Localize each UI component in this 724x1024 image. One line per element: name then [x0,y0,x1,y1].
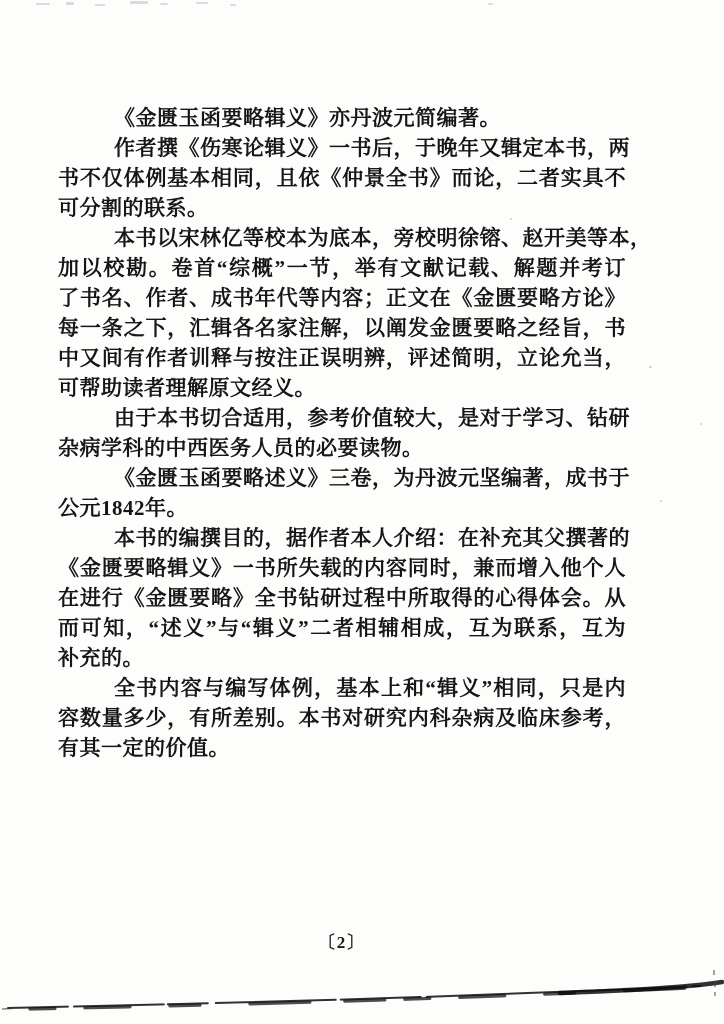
text-line-10: 可帮助读者理解原文经义。 [58,374,626,404]
page-number: 〔2〕 [58,928,626,953]
scan-speck [488,3,493,5]
text-line-3: 书不仅体例基本相同，且依《仲景全书》而论，二者实具不 [58,164,626,194]
scan-speck [196,2,208,4]
text-line-7: 了书名、作者、成书年代等内容；正文在《金匮要略方论》 [58,284,626,314]
scan-dust-dot [700,423,702,425]
text-line-2: 作者撰《伤寒论辑义》一书后，于晚年又辑定本书，两 [58,134,626,164]
scan-speck [36,3,50,5]
scan-speck [130,1,148,4]
text-line-16: 《金匮要略辑义》一书所失载的内容同时，兼而增入他个人 [58,554,626,584]
text-line-22: 有其一定的价值。 [58,734,626,764]
text-line-4: 可分割的联系。 [58,194,626,224]
scan-speck [95,4,105,6]
text-line-20: 全书内容与编写体例，基本上和“辑义”相同，只是内 [58,674,626,704]
text-line-5: 本书以宋林亿等校本为底本，旁校明徐镕、赵开美等本， [58,224,626,254]
scan-dust-dot [660,500,662,502]
text-line-14: 公元1842年。 [58,494,626,524]
text-line-18: 而可知，“述义”与“辑义”二者相辅相成，互为联系，互为 [58,614,626,644]
text-line-12: 杂病学科的中西医务人员的必要读物。 [58,434,626,464]
text-line-13: 《金匮玉函要略述义》三卷，为丹波元坚编著，成书于 [58,464,626,494]
text-line-9: 中又间有作者训释与按注正误明辨，评述简明，立论允当， [58,344,626,374]
text-line-6: 加以校勘。卷首“综概”一节，举有文献记载、解题并考订 [58,254,626,284]
text-line-1: 《金匮玉函要略辑义》亦丹波元简编著。 [58,104,626,134]
scan-artifact-bottom-streak [0,962,724,1024]
scan-speck [66,2,74,5]
text-line-8: 每一条之下，汇辑各名家注解，以阐发金匮要略之经旨，书 [58,314,626,344]
book-page-scan: 《金匮玉函要略辑义》亦丹波元简编著。作者撰《伤寒论辑义》一书后，于晚年又辑定本书… [0,0,724,1024]
text-line-21: 容数量多少，有所差别。本书对研究内科杂病及临床参考， [58,704,626,734]
text-line-19: 补充的。 [58,644,626,674]
scan-speck [160,3,168,5]
text-line-17: 在进行《金匮要略》全书钻研过程中所取得的心得体会。从 [58,584,626,614]
scan-speck [230,4,236,6]
text-line-11: 由于本书切合适用，参考价值较大，是对于学习、钻研 [58,404,626,434]
text-block: 《金匮玉函要略辑义》亦丹波元简编著。作者撰《伤寒论辑义》一书后，于晚年又辑定本书… [58,104,626,764]
text-line-15: 本书的编撰目的，据作者本人介绍：在补充其父撰著的 [58,524,626,554]
scan-dust-dot [649,366,652,368]
